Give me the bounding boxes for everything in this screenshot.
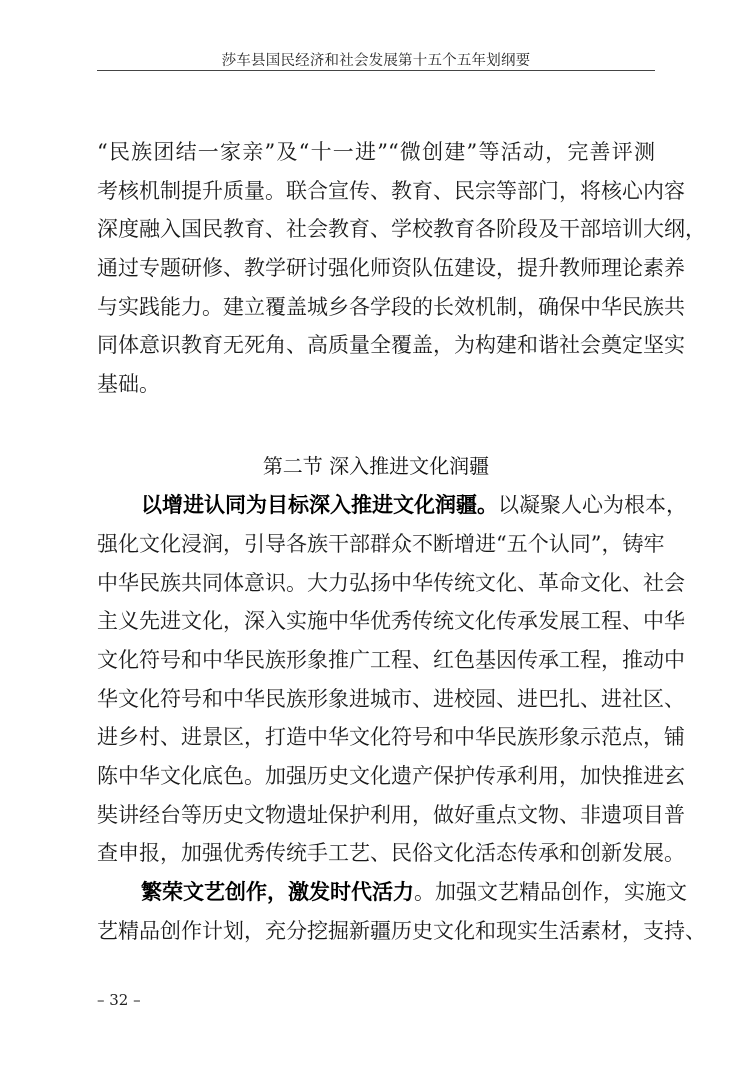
document-page: 莎车县国民经济和社会发展第十五个五年划纲要 “民族团结一家亲”及“十一进”“微创…: [0, 0, 753, 1066]
text-line: “民族团结一家亲”及“十一进”“微创建”等活动，完善评测: [97, 137, 655, 167]
text-line: 陈中华文化底色。加强历史文化遗产保护传承利用，加快推进玄: [97, 761, 655, 791]
text-line-lead: 繁荣文艺创作，激发时代活力。加强文艺精品创作，实施文: [141, 877, 655, 907]
text-line: 深度融入国民教育、社会教育、学校教育各阶段及干部培训大纲，: [97, 214, 655, 244]
bold-lead-phrase: 繁荣文艺创作，激发时代活力: [141, 880, 414, 904]
text-line: 主义先进文化，深入实施中华优秀传统文化传承发展工程、中华: [97, 606, 655, 636]
lead-line-rest: 。加强文艺精品创作，实施文: [414, 880, 687, 904]
text-line: 强化文化浸润，引导各族干部群众不断增进“五个认同”，铸牢: [97, 529, 655, 559]
text-line: 中华民族共同体意识。大力弘扬中华传统文化、革命文化、社会: [97, 568, 655, 598]
text-line: 同体意识教育无死角、高质量全覆盖，为构建和谐社会奠定坚实: [97, 330, 655, 360]
page-number: – 32 –: [97, 989, 141, 1011]
text-line: 文化符号和中华民族形象推广工程、红色基因传承工程，推动中: [97, 645, 655, 675]
text-line: 通过专题研修、教学研讨强化师资队伍建设，提升教师理论素养: [97, 253, 655, 283]
text-line: 进乡村、进景区，打造中华文化符号和中华民族形象示范点，铺: [97, 722, 655, 752]
running-header: 莎车县国民经济和社会发展第十五个五年划纲要: [97, 49, 655, 69]
section-heading: 第二节 深入推进文化润疆: [97, 451, 655, 481]
lead-line-rest: 以凝聚人心为根本，: [498, 493, 687, 517]
text-line: 华文化符号和中华民族形象进城市、进校园、进巴扎、进社区、: [97, 684, 655, 714]
text-line: 艺精品创作计划，充分挖掘新疆历史文化和现实生活素材，支持、: [97, 916, 655, 946]
text-line: 考核机制提升质量。联合宣传、教育、民宗等部门，将核心内容: [97, 176, 655, 206]
text-line: 查申报，加强优秀传统手工艺、民俗文化活态传承和创新发展。: [97, 838, 655, 868]
bold-lead-phrase: 以增进认同为目标深入推进文化润疆。: [141, 493, 498, 517]
text-line: 基础。: [97, 369, 655, 399]
text-line: 奘讲经台等历史文物遗址保护利用，做好重点文物、非遗项目普: [97, 800, 655, 830]
header-rule: [97, 70, 655, 71]
text-line-lead: 以增进认同为目标深入推进文化润疆。以凝聚人心为根本，: [141, 490, 655, 520]
text-line: 与实践能力。建立覆盖城乡各学段的长效机制，确保中华民族共: [97, 292, 655, 322]
